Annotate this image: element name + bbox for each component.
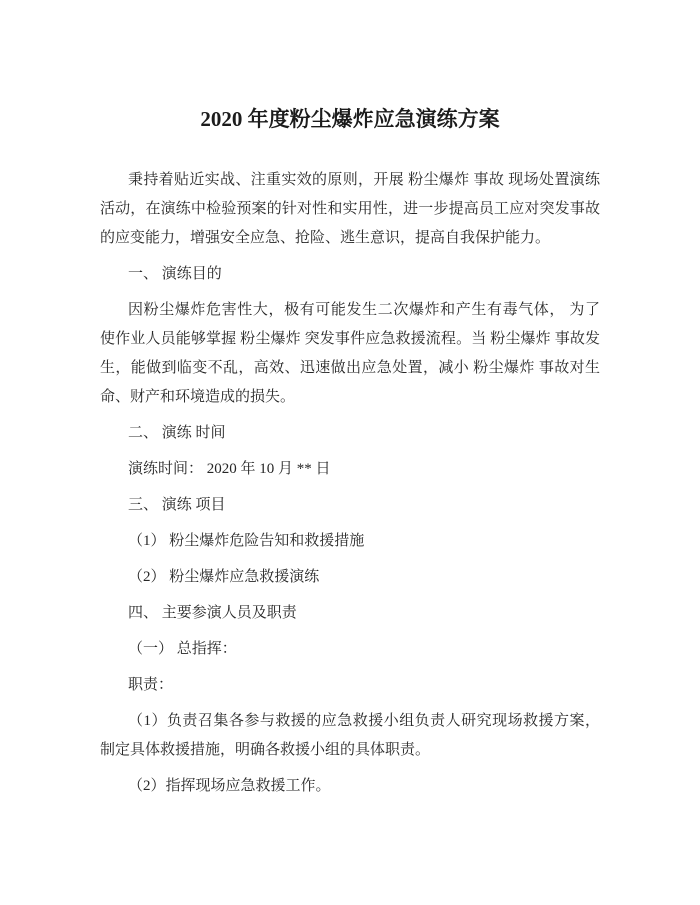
section-heading: 一、 演练目的 (100, 260, 600, 289)
paragraph: 职责： (100, 671, 600, 700)
paragraph: （一） 总指挥： (100, 635, 600, 664)
paragraph: （2）指挥现场应急救援工作。 (100, 772, 600, 801)
paragraph: （2） 粉尘爆炸应急救援演练 (100, 563, 600, 592)
section-heading: 三、 演练 项目 (100, 491, 600, 520)
paragraph: 因粉尘爆炸危害性大，极有可能发生二次爆炸和产生有毒气体， 为了 使作业人员能够掌… (100, 296, 600, 412)
paragraph: 演练时间： 2020 年 10 月 ** 日 (100, 455, 600, 484)
document-title: 2020 年度粉尘爆炸应急演练方案 (100, 104, 600, 134)
document-page: 2020 年度粉尘爆炸应急演练方案 秉持着贴近实战、注重实效的原则，开展 粉尘爆… (0, 0, 700, 905)
paragraph: （1）负责召集各参与救援的应急救援小组负责人研究现场救援方案，制定具体救援措施，… (100, 707, 600, 765)
paragraph: （1） 粉尘爆炸危险告知和救援措施 (100, 527, 600, 556)
document-body: 秉持着贴近实战、注重实效的原则，开展 粉尘爆炸 事故 现场处置演练活动，在演练中… (100, 166, 600, 801)
section-heading: 二、 演练 时间 (100, 419, 600, 448)
section-heading: 四、 主要参演人员及职责 (100, 599, 600, 628)
paragraph: 秉持着贴近实战、注重实效的原则，开展 粉尘爆炸 事故 现场处置演练活动，在演练中… (100, 166, 600, 253)
